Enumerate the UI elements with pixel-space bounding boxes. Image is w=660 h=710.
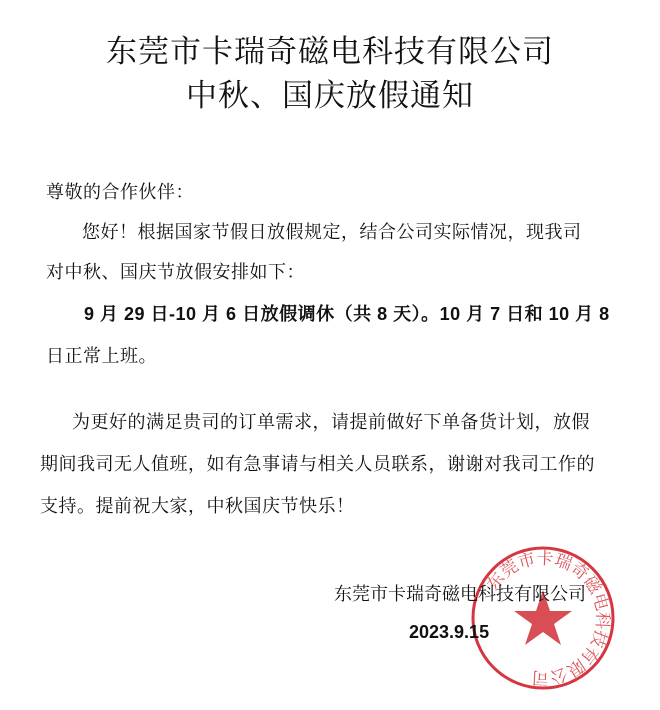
paragraph-1-line-1: 您好！根据国家节假日放假规定，结合公司实际情况，现我司 (82, 218, 582, 244)
signature-date: 2023.9.15 (409, 622, 489, 643)
paragraph-2-line-2: 日正常上班。 (46, 342, 157, 368)
salutation: 尊敬的合作伙伴： (46, 178, 194, 204)
signature-company: 东莞市卡瑞奇磁电科技有限公司 (334, 580, 586, 606)
paragraph-3-line-1: 为更好的满足贵司的订单需求，请提前做好下单备货计划，放假 (72, 408, 590, 434)
paragraph-2-line-1: 9 月 29 日-10 月 6 日放假调休（共 8 天）。10 月 7 日和 1… (84, 300, 610, 326)
paragraph-3-line-3: 支持。提前祝大家，中秋国庆节快乐！ (40, 492, 355, 518)
company-seal-stamp: 东莞市卡瑞奇磁电科技有限公司 (470, 545, 616, 691)
paragraph-1-line-2: 对中秋、国庆节放假安排如下： (46, 258, 305, 284)
paragraph-3-line-2: 期间我司无人值班，如有急事请与相关人员联系，谢谢对我司工作的 (40, 450, 595, 476)
company-title: 东莞市卡瑞奇磁电科技有限公司 (0, 26, 660, 71)
seal-icon: 东莞市卡瑞奇磁电科技有限公司 (470, 545, 616, 691)
notice-title: 中秋、国庆放假通知 (0, 70, 660, 115)
